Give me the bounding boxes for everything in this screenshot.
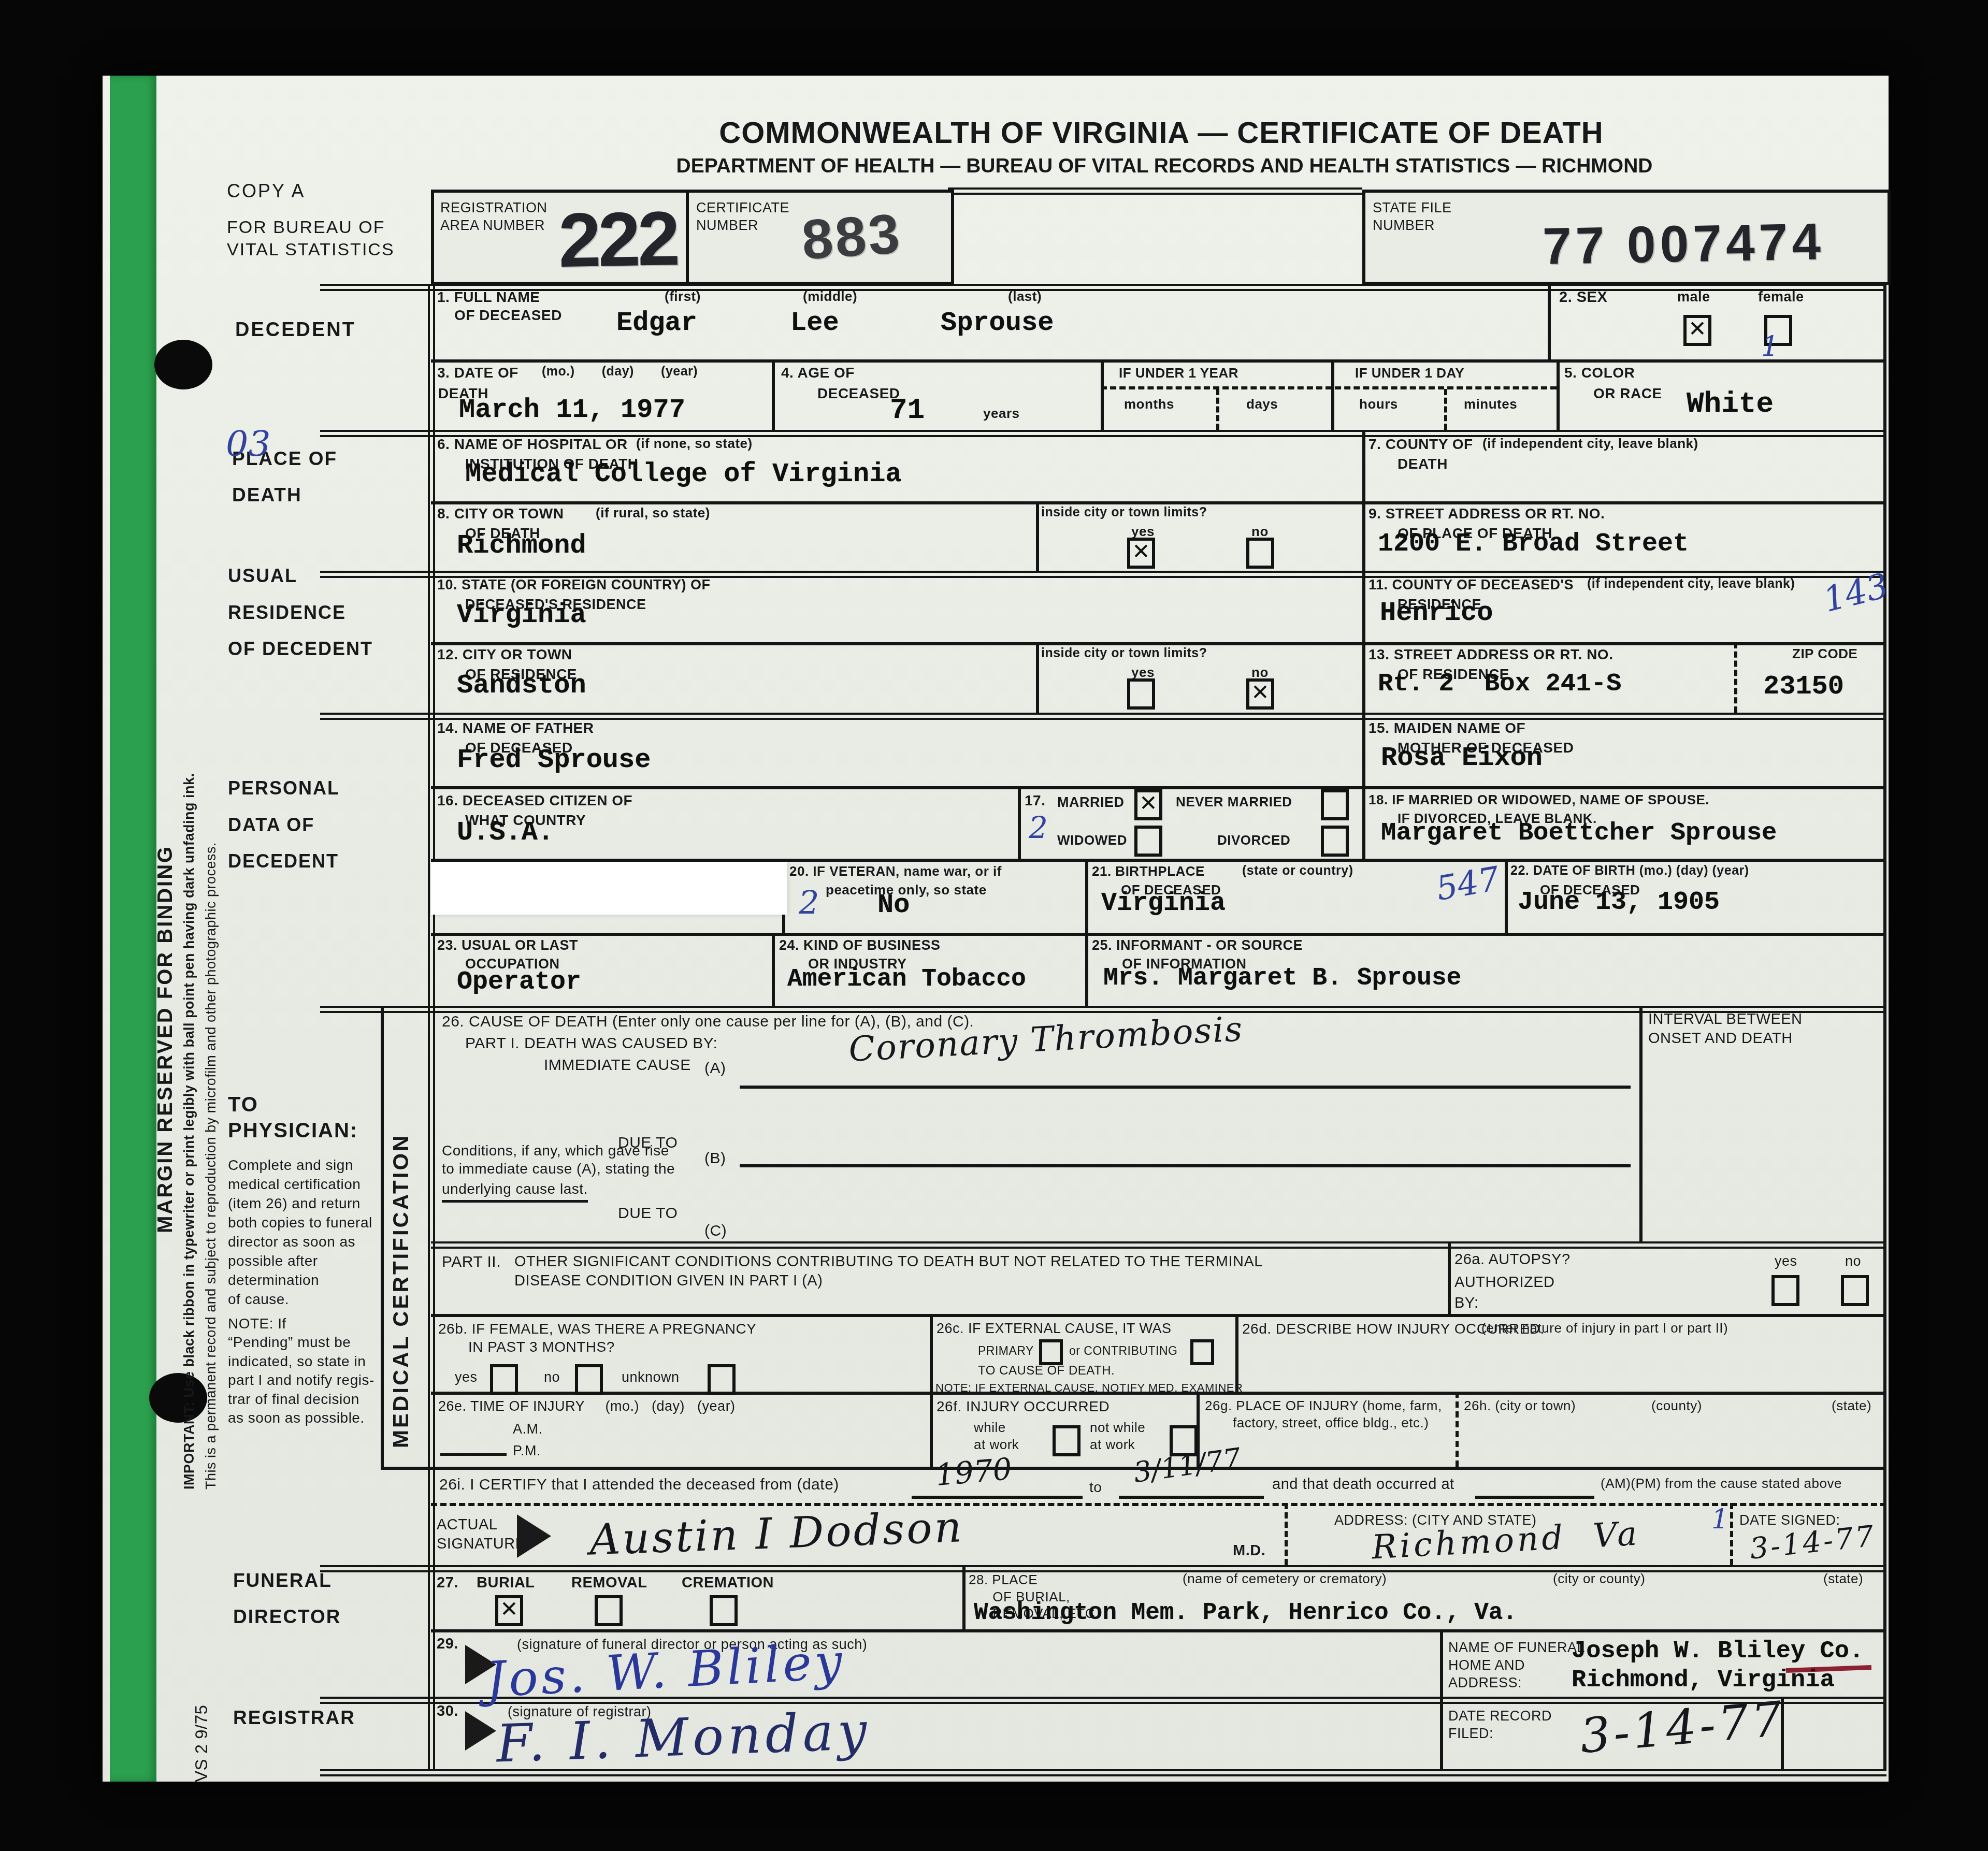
- grid-line: [431, 1241, 1886, 1249]
- grid-line: [1101, 386, 1557, 389]
- grid-line: [1362, 713, 1365, 786]
- date-record-filed-label: DATE RECORD FILED:: [1448, 1707, 1552, 1742]
- zip-value: 23150: [1763, 671, 1844, 702]
- pregnancy-no-label: no: [544, 1368, 560, 1386]
- grid-line: [1730, 1503, 1733, 1565]
- margin-binding-text: MARGIN RESERVED FOR BINDING: [152, 632, 178, 1233]
- annotation-1-signature: 1: [1711, 1504, 1728, 1535]
- immediate-cause-label: IMMEDIATE CAUSE: [544, 1055, 691, 1075]
- funeral-home-label: NAME OF FUNERAL HOME AND ADDRESS:: [1448, 1639, 1585, 1691]
- medical-certification-label: MEDICAL CERTIFICATION: [387, 1034, 415, 1448]
- section-usual-residence: USUAL RESIDENCE OF DECEDENT: [228, 567, 373, 658]
- autopsy-no-checkbox: [1841, 1275, 1869, 1306]
- limits2-no-checkbox: ✕: [1246, 678, 1274, 710]
- conditions-note: Conditions, if any, which gave rise to i…: [442, 1141, 675, 1178]
- city-county-hint: (city or county): [1553, 1570, 1646, 1587]
- grid-line: [1734, 642, 1737, 713]
- veteran-label: 20. IF VETERAN, name war, or if: [789, 863, 1002, 880]
- sex-male-mark: ✕: [1682, 312, 1712, 344]
- am-label: A.M.: [513, 1420, 543, 1438]
- registrar-signature: F. I. Monday: [495, 1700, 872, 1774]
- color-label2: OR RACE: [1593, 384, 1662, 402]
- punch-hole: [154, 340, 212, 389]
- grid-line: [320, 1565, 1886, 1572]
- funeral-home-value1: Joseph W. Bliley Co.: [1572, 1638, 1864, 1665]
- grid-line: [1548, 284, 1551, 359]
- grid-line: [1216, 389, 1219, 430]
- cause-part1: PART I. DEATH WAS CAUSED BY:: [465, 1034, 717, 1053]
- while-label: while at work: [974, 1419, 1019, 1453]
- part2-label: PART II.: [442, 1252, 501, 1272]
- due-to-c-label: DUE TO: [618, 1204, 678, 1223]
- first-name-value: Edgar: [616, 308, 697, 338]
- business-value: American Tobacco: [787, 965, 1026, 993]
- certify-line-2: [1119, 1496, 1264, 1499]
- state-hint-28: (state): [1823, 1570, 1863, 1587]
- age-value: 71: [890, 394, 925, 427]
- color-value: White: [1687, 387, 1774, 421]
- grid-line: [772, 359, 775, 430]
- city-res-value: Sandston: [457, 670, 586, 701]
- scanned-death-certificate: MARGIN RESERVED FOR BINDING IMPORTANT: U…: [0, 0, 1988, 1851]
- annotation-547: 547: [1434, 860, 1503, 908]
- redaction-box: [431, 862, 787, 915]
- margin-permanent-text: This is a permanent record and subject t…: [202, 531, 220, 1490]
- grid-line: [1440, 1697, 1443, 1769]
- pregnancy-label: 26b. IF FEMALE, WAS THERE A PREGNANCY IN…: [438, 1320, 756, 1356]
- grid-line: [1444, 389, 1447, 430]
- minutes-label: minutes: [1464, 396, 1517, 413]
- citizen-label: 16. DECEASED CITIZEN OF: [437, 791, 632, 809]
- injury-at-work-label: 26f. INJURY OCCURRED: [937, 1397, 1110, 1415]
- never-married-label: NEVER MARRIED: [1176, 793, 1292, 811]
- autopsy-no-label: no: [1845, 1252, 1861, 1270]
- funeral-home-value2: Richmond, Virginia: [1572, 1667, 1835, 1694]
- conditions-note-underlined: underlying cause last.: [442, 1180, 588, 1203]
- injury-occurred-hint: (enter nature of injury in part I or par…: [1481, 1320, 1728, 1337]
- pending-note: NOTE: If “Pending” must be indicated, so…: [228, 1314, 374, 1427]
- burial-mark: ✕: [494, 1592, 524, 1625]
- sex-male-label: male: [1677, 288, 1710, 306]
- father-label: 14. NAME OF FATHER: [437, 719, 594, 737]
- under-day-label: IF UNDER 1 DAY: [1355, 365, 1464, 382]
- section-registrar: REGISTRAR: [233, 1706, 355, 1730]
- grid-line: [1362, 430, 1365, 501]
- limits1-no-checkbox: [1246, 538, 1274, 569]
- certify-post: and that death occurred at: [1272, 1475, 1454, 1494]
- grid-line: [1362, 642, 1365, 713]
- last-hint: (last): [1008, 288, 1042, 305]
- place-burial-value: Washington Mem. Park, Henrico Co., Va.: [974, 1599, 1517, 1626]
- county-res-label: 11. COUNTY OF DECEASED'S: [1368, 576, 1574, 594]
- primary-label: PRIMARY: [978, 1343, 1034, 1358]
- grid-line: [1085, 933, 1088, 1006]
- grid-line: [1362, 501, 1365, 571]
- street-death-value: 1200 E. Broad Street: [1378, 529, 1689, 559]
- section-funeral-director: FUNERAL DIRECTOR: [233, 1571, 341, 1626]
- margin-important-text: IMPORTANT: Use black ribbon in typewrite…: [180, 505, 198, 1490]
- hospital-hint: (if none, so state): [636, 435, 753, 452]
- citizen-value: U.S.A.: [457, 817, 554, 848]
- time-of-injury-label: 26e. TIME OF INJURY (mo.) (day) (year): [438, 1397, 736, 1415]
- grid-line: [431, 1314, 1886, 1317]
- zip-label: ZIP CODE: [1792, 645, 1857, 662]
- age-unit-label: years: [983, 405, 1019, 422]
- certify-from-value: 1970: [934, 1451, 1013, 1493]
- grid-line: [1505, 859, 1508, 933]
- county-res-hint: (if independent city, leave blank): [1587, 576, 1795, 592]
- city-death-hint: (if rural, so state): [596, 504, 710, 522]
- certificate-paper: MARGIN RESERVED FOR BINDING IMPORTANT: U…: [103, 76, 1889, 1782]
- external-cause-label: 26c. IF EXTERNAL CAUSE, IT WAS: [937, 1320, 1172, 1337]
- months-label: months: [1124, 396, 1174, 413]
- bureau-label: FOR BUREAU OF VITAL STATISTICS: [227, 216, 395, 261]
- certificate-number-value: 883: [800, 200, 903, 272]
- informant-label: 25. INFORMANT - OR SOURCE: [1092, 936, 1303, 954]
- grid-line: [1085, 859, 1088, 933]
- grid-line: [1036, 642, 1039, 713]
- date-of-death-hints: (mo.) (day) (year): [542, 364, 698, 380]
- city-death-label: 8. CITY OR TOWN: [437, 504, 564, 523]
- answer-line-b: [740, 1164, 1631, 1167]
- state-res-label: 10. STATE (OR FOREIGN COUNTRY) OF: [437, 576, 711, 594]
- margin-annotation-03: 03: [226, 424, 271, 465]
- md-label: M.D.: [1233, 1541, 1265, 1560]
- section-to-physician: TO PHYSICIAN:: [228, 1092, 358, 1144]
- mother-value: Rosa Eixon: [1381, 743, 1543, 773]
- hospital-value: Medical College of Virginia: [465, 459, 902, 489]
- f27-number: 27.: [437, 1573, 458, 1593]
- marital-number: 17.: [1025, 791, 1045, 809]
- cremation-checkbox: [710, 1595, 738, 1626]
- widowed-checkbox: [1134, 826, 1162, 857]
- pm-label: P.M.: [513, 1442, 541, 1459]
- birthplace-value: Virginia: [1101, 889, 1226, 918]
- street-res-label: 13. STREET ADDRESS OR RT. NO.: [1368, 645, 1613, 663]
- limits2-yes-checkbox: [1127, 678, 1155, 710]
- street-res-value: Rt. 2 Box 241-S: [1378, 669, 1621, 698]
- burial-label: BURIAL: [477, 1573, 535, 1593]
- grid-line: [948, 187, 1362, 195]
- birthplace-label: 21. BIRTHPLACE: [1092, 863, 1205, 880]
- grid-line: [1018, 786, 1021, 859]
- arrow-icon: [465, 1711, 496, 1751]
- physician-note: Complete and sign medical certification …: [228, 1156, 372, 1309]
- contributing-checkbox: [1190, 1339, 1214, 1365]
- color-label: 5. COLOR: [1564, 364, 1635, 382]
- autopsy-yes-checkbox: [1771, 1275, 1799, 1306]
- while-checkbox: [1053, 1425, 1081, 1456]
- grid-line: [1331, 359, 1334, 430]
- under-year-label: IF UNDER 1 YEAR: [1119, 365, 1238, 382]
- middle-name-value: Lee: [790, 308, 839, 338]
- grid-line: [962, 1565, 966, 1629]
- divorced-label: DIVORCED: [1217, 832, 1290, 849]
- grid-line: [431, 1629, 1886, 1632]
- county-res-value: Henrico: [1380, 598, 1493, 628]
- grid-line: [1036, 501, 1039, 571]
- married-checkbox: ✕: [1134, 789, 1162, 820]
- dob-label: 22. DATE OF BIRTH (mo.) (day) (year): [1510, 863, 1749, 879]
- primary-checkbox: [1039, 1339, 1063, 1365]
- due-to-c: (C): [704, 1221, 727, 1241]
- county-death-label2: DEATH: [1398, 455, 1448, 473]
- part2-text: OTHER SIGNIFICANT CONDITIONS CONTRIBUTIN…: [514, 1252, 1263, 1290]
- certify-text: 26i. I CERTIFY that I attended the decea…: [439, 1475, 839, 1495]
- page-title: COMMONWEALTH OF VIRGINIA — CERTIFICATE O…: [535, 114, 1788, 152]
- grid-line: [1362, 571, 1365, 642]
- burial-checkbox: ✕: [495, 1595, 523, 1626]
- state-res-value: Virginia: [457, 600, 586, 630]
- limits2-no-mark: ✕: [1245, 675, 1275, 708]
- state-file-label: STATE FILE NUMBER: [1373, 199, 1452, 234]
- city-res-label: 12. CITY OR TOWN: [437, 645, 572, 663]
- informant-value: Mrs. Margaret B. Sprouse: [1103, 964, 1461, 992]
- grid-line: [431, 933, 1886, 936]
- date-of-death-label: 3. DATE OF: [437, 364, 518, 382]
- copy-label: COPY A: [227, 179, 305, 203]
- time-line: [440, 1453, 507, 1456]
- grid-line: [381, 1006, 384, 1467]
- not-while-label: not while at work: [1090, 1419, 1145, 1453]
- form-code: VS 2 9/75: [191, 1611, 212, 1782]
- grid-line: [428, 284, 435, 1769]
- veteran-value: No: [877, 890, 910, 920]
- certificate-number-label: CERTIFICATE NUMBER: [696, 199, 789, 234]
- grid-line: [930, 1392, 933, 1467]
- external-note: NOTE: IF EXTERNAL CAUSE, NOTIFY MED. EXA…: [935, 1381, 1243, 1395]
- county-hint-label: (county): [1651, 1397, 1702, 1414]
- state-hint-label: (state): [1832, 1397, 1871, 1414]
- sex-male-checkbox: ✕: [1683, 315, 1711, 346]
- certify-line-1: [912, 1496, 1083, 1499]
- grid-line: [431, 359, 1886, 363]
- limits1-label: inside city or town limits?: [1041, 504, 1207, 521]
- occupation-label: 23. USUAL OR LAST: [437, 936, 578, 954]
- actual-signature-label: ACTUAL SIGNATURE: [437, 1515, 526, 1553]
- autopsy-label3: BY:: [1454, 1294, 1479, 1313]
- interval-label: INTERVAL BETWEEN ONSET AND DEATH: [1648, 1010, 1803, 1048]
- physician-signature: Austin I Dodson: [589, 1502, 964, 1565]
- pregnancy-yes-checkbox: [490, 1364, 518, 1395]
- section-decedent: DECEDENT: [235, 318, 356, 343]
- section-personal-data: PERSONAL DATA OF DECEDENT: [228, 779, 340, 870]
- autopsy-yes-label: yes: [1775, 1252, 1797, 1270]
- due-to-b: (B): [704, 1149, 726, 1168]
- removal-label: REMOVAL: [571, 1573, 647, 1593]
- contributing-label: or CONTRIBUTING: [1069, 1343, 1177, 1358]
- removal-checkbox: [595, 1595, 623, 1626]
- dob-value: June 13, 1905: [1518, 888, 1720, 917]
- business-label: 24. KIND OF BUSINESS: [779, 936, 941, 954]
- spouse-label: 18. IF MARRIED OR WIDOWED, NAME OF SPOUS…: [1368, 791, 1709, 808]
- city-town-label: 26h. (city or town): [1464, 1397, 1576, 1414]
- annotation-2-veteran: 2: [799, 884, 819, 921]
- autopsy-label: 26a. AUTOPSY?: [1454, 1250, 1571, 1269]
- limits2-label: inside city or town limits?: [1041, 645, 1207, 662]
- arrow-icon: [517, 1514, 551, 1558]
- grid-line: [1440, 1629, 1443, 1697]
- page-subtitle: DEPARTMENT OF HEALTH — BUREAU OF VITAL R…: [465, 153, 1864, 179]
- place-of-injury-label: 26g. PLACE OF INJURY (home, farm, factor…: [1205, 1397, 1442, 1431]
- sex-label: 2. SEX: [1559, 288, 1607, 307]
- date-of-death-value: March 11, 1977: [459, 395, 685, 425]
- pregnancy-unknown-checkbox: [708, 1364, 736, 1395]
- age-label2: DECEASED: [817, 384, 900, 402]
- annotation-1-race: 1: [1761, 330, 1779, 363]
- cemetery-hint: (name of cemetery or crematory): [1183, 1570, 1387, 1587]
- married-mark: ✕: [1133, 786, 1163, 819]
- cremation-label: CREMATION: [682, 1573, 774, 1593]
- mother-label: 15. MAIDEN NAME OF: [1368, 719, 1525, 737]
- widowed-label: WIDOWED: [1057, 832, 1127, 849]
- grid-line: [1448, 1241, 1451, 1314]
- certify-to-value: 3/11/77: [1132, 1442, 1243, 1489]
- grid-line: [930, 1314, 933, 1392]
- grid-line: [1456, 1392, 1459, 1467]
- full-name-label: 1. FULL NAME OF DECEASED: [437, 288, 562, 325]
- hospital-label: 6. NAME OF HOSPITAL OR: [437, 435, 628, 453]
- pregnancy-yes-label: yes: [455, 1368, 478, 1386]
- f29-number: 29.: [437, 1635, 458, 1654]
- street-death-label: 9. STREET ADDRESS OR RT. NO.: [1368, 504, 1605, 523]
- county-death-hint: (if independent city, leave blank): [1482, 435, 1698, 452]
- spouse-value: Margaret Boettcher Sprouse: [1381, 818, 1777, 847]
- grid-line: [1883, 284, 1886, 1769]
- county-death-label: 7. COUNTY OF: [1368, 435, 1473, 453]
- registration-area-label: REGISTRATION AREA NUMBER: [440, 199, 548, 234]
- grid-line: [1235, 1314, 1238, 1392]
- punch-hole: [149, 1373, 207, 1423]
- state-file-value: 77 007474: [1542, 212, 1825, 276]
- middle-hint: (middle): [803, 288, 857, 305]
- grid-line: [1362, 786, 1365, 859]
- days-label: days: [1246, 396, 1278, 413]
- certify-ampm: (AM)(PM) from the cause stated above: [1601, 1475, 1842, 1492]
- limits1-yes-checkbox: ✕: [1127, 538, 1155, 569]
- city-death-value: Richmond: [457, 530, 586, 561]
- grid-line: [1101, 359, 1104, 430]
- grid-line: [1285, 1503, 1288, 1565]
- registration-area-value: 222: [558, 195, 678, 285]
- autopsy-label2: AUTHORIZED: [1454, 1273, 1555, 1292]
- sex-female-label: female: [1758, 288, 1804, 306]
- grid-line: [1557, 359, 1560, 430]
- answer-line-a: [740, 1086, 1631, 1089]
- to-cause-label: TO CAUSE OF DEATH.: [978, 1363, 1115, 1379]
- age-label: 4. AGE OF: [781, 364, 855, 382]
- first-hint: (first): [665, 288, 701, 305]
- immediate-cause-a: (A): [704, 1059, 726, 1078]
- never-married-checkbox: [1321, 789, 1349, 820]
- annotation-2-marital: 2: [1029, 810, 1048, 845]
- occupation-value: Operator: [457, 967, 581, 997]
- grid-line: [1639, 1006, 1643, 1241]
- hours-label: hours: [1359, 396, 1398, 413]
- father-value: Fred Sprouse: [457, 745, 651, 775]
- pregnancy-unknown-label: unknown: [622, 1368, 680, 1386]
- last-name-value: Sprouse: [941, 308, 1054, 338]
- certify-line-3: [1475, 1496, 1594, 1499]
- certify-to: to: [1089, 1478, 1102, 1496]
- binding-stripe: [110, 76, 156, 1782]
- divorced-checkbox: [1321, 826, 1349, 857]
- grid-line: [772, 933, 775, 1006]
- pregnancy-no-checkbox: [575, 1364, 603, 1395]
- birthplace-hint: (state or country): [1242, 863, 1353, 879]
- married-label: MARRIED: [1057, 793, 1125, 811]
- f30-number: 30.: [437, 1702, 458, 1721]
- limits1-yes-mark: ✕: [1126, 534, 1156, 567]
- grid-line: [431, 1503, 1886, 1506]
